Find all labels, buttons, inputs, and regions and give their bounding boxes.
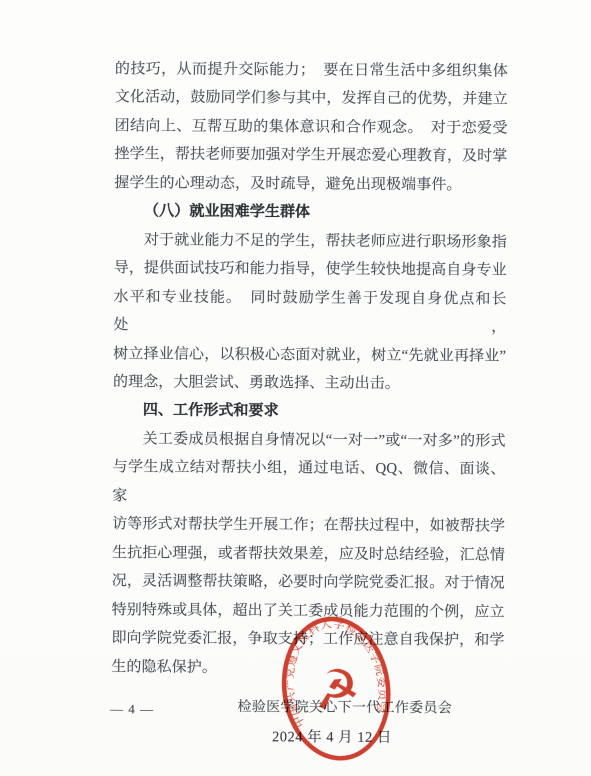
- text-line: 况，灵活调整帮扶策略，必要时向学院党委汇报。对于情况: [112, 567, 505, 598]
- text-line: 团结向上、互帮互助的集体意识和合作观念。 对于恋爱受: [115, 112, 508, 143]
- text-line: 生抗拒心理强，或者帮扶效果差，应及时总结经验，汇总情: [112, 539, 505, 570]
- text-line: 的技巧，从而提升交际能力； 要在日常生活中多组织集体: [115, 55, 508, 86]
- section-heading-iv: 四、工作形式和要求: [113, 397, 506, 428]
- text-line: 关工委成员根据自身情况以“一对一”或“一对多”的形式: [113, 425, 506, 456]
- official-seal-stamp: 中国共产党遵义医科大学检验医学院委员会 ☭: [271, 607, 402, 771]
- body-text: 的技巧，从而提升交际能力； 要在日常生活中多组织集体文化活动，鼓励同学们参与其中…: [111, 55, 508, 683]
- text-line: 挫学生，帮扶老师要加强对学生开展恋爱心理教育，及时掌: [114, 141, 507, 172]
- text-line: 导，提供面试技巧和能力指导，使学生较快地提高自身专业: [114, 254, 507, 285]
- hammer-sickle-icon: ☭: [309, 657, 364, 724]
- text-line: 与学生成立结对帮扶小组，通过电话、QQ、微信、面谈、家: [112, 454, 505, 513]
- text-line: 水平和专业技能。 同时鼓励学生善于发现自身优点和长处，: [113, 283, 506, 342]
- text-line: 树立择业信心，以积极心态面对就业，树立“先就业再择业”: [113, 340, 506, 371]
- scanned-document-page: 的技巧，从而提升交际能力； 要在日常生活中多组织集体文化活动，鼓励同学们参与其中…: [0, 0, 591, 776]
- text-line: 的理念，大胆尝试、勇敢选择、主动出击。: [113, 368, 506, 399]
- text-line: 访等形式对帮扶学生开展工作；在帮扶过程中，如被帮扶学: [112, 510, 505, 541]
- text-line: 文化活动，鼓励同学们参与其中，发挥自己的优势，并建立: [115, 84, 508, 115]
- text-line: 握学生的心理动态，及时疏导，避免出现极端事件。: [114, 169, 507, 200]
- page-number: — 4 —: [110, 701, 154, 717]
- text-line: 对于就业能力不足的学生，帮扶老师应进行职场形象指: [114, 226, 507, 257]
- section-heading-viii: （八）就业困难学生群体: [114, 198, 507, 229]
